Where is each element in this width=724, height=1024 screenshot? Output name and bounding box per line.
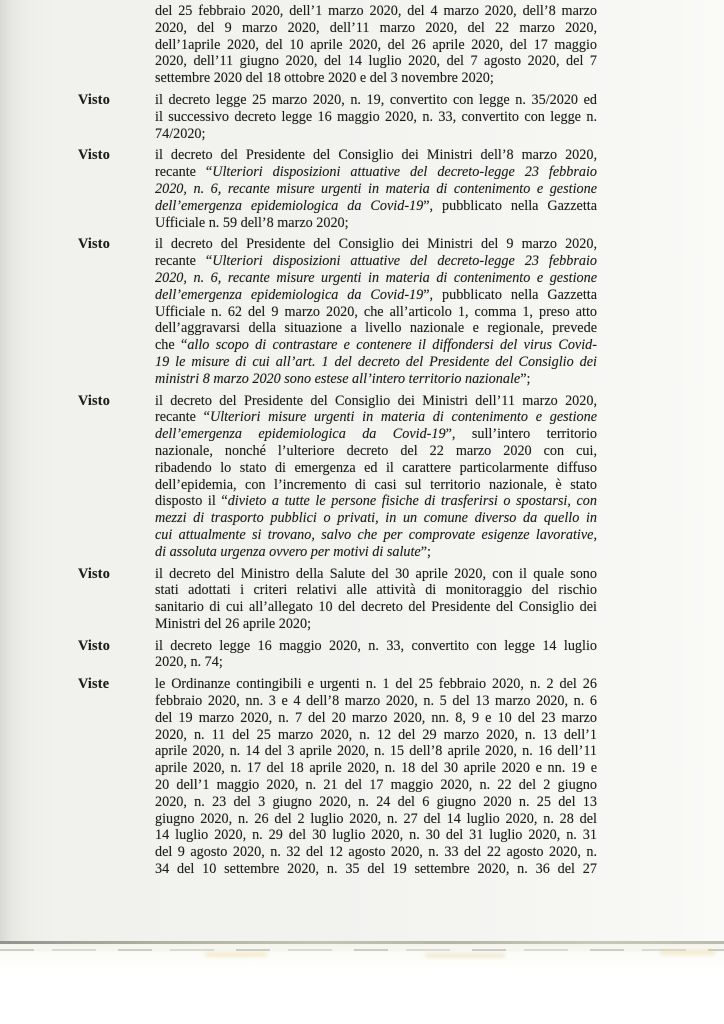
text-line: il decreto legge 16 maggio 2020, n. 33, …	[155, 638, 597, 655]
italic-text-run: allo scopo di contrastare e contenere il…	[187, 337, 597, 353]
text-line: il decreto del Presidente del Consiglio …	[155, 393, 597, 410]
text-line: 14 luglio 2020, n. 29 del 30 luglio 2020…	[155, 827, 597, 844]
text-run: le Ordinanze contingibili e urgenti n. 1…	[155, 676, 597, 692]
text-run: febbraio 2020, nn. 3 e 4 dell’8 marzo 20…	[155, 693, 597, 709]
visto-paragraph: Visto il decreto del Ministro della Salu…	[78, 566, 597, 633]
text-run: recante “	[155, 164, 212, 180]
text-run: Ufficiale n. 62 del 9 marzo 2020, che al…	[155, 304, 597, 320]
text-run: 20 dell’1 maggio 2020, n. 21 del 17 magg…	[155, 777, 597, 793]
text-line: cui attualmente si trovano, salvo che pe…	[155, 527, 597, 544]
text-run: settembre 2020 del 18 ottobre 2020 e del…	[155, 70, 494, 86]
text-line: 2020, n. 23 del 3 giugno 2020, n. 24 del…	[155, 794, 597, 811]
visto-label: Visto	[78, 393, 155, 561]
italic-text-run: dell’emergenza epidemiologica da Covid-1…	[155, 287, 423, 303]
scan-smudge	[205, 952, 267, 957]
text-line: aprile 2020, n. 14 del 3 aprile 2020, n.…	[155, 743, 597, 760]
text-run: che “	[155, 337, 187, 353]
text-line: 34 del 10 settembre 2020, n. 35 del 19 s…	[155, 861, 597, 878]
text-run: nazionale, nonché l’ulteriore decreto de…	[155, 443, 597, 459]
text-line: Ministri del 26 aprile 2020;	[155, 616, 597, 633]
text-run: ”, sull’intero territorio	[446, 426, 597, 442]
text-run: recante “	[155, 253, 212, 269]
text-line: che “allo scopo di contrastare e contene…	[155, 337, 597, 354]
text-line: 2020, n. 6, recante misure urgenti in ma…	[155, 181, 597, 198]
text-run: ”;	[421, 544, 431, 560]
text-run: del 19 marzo 2020, n. 7 del 20 marzo 202…	[155, 710, 597, 726]
text-run: il decreto del Presidente del Consiglio …	[155, 147, 597, 163]
text-line: disposto il “divieto a tutte le persone …	[155, 493, 597, 510]
text-line: 2020, n. 11 del 25 marzo 2020, n. 12 del…	[155, 727, 597, 744]
text-run: Ministri del 26 aprile 2020;	[155, 616, 311, 632]
text-run: 74/2020;	[155, 126, 205, 142]
text-line: le Ordinanze contingibili e urgenti n. 1…	[155, 676, 597, 693]
scan-smudge	[660, 950, 715, 955]
italic-text-run: 19 le misure di cui all’art. 1 del decre…	[155, 354, 597, 370]
italic-text-run: ministri 8 marzo 2020 sono estese all’in…	[155, 371, 520, 387]
text-line: 19 le misure di cui all’art. 1 del decre…	[155, 354, 597, 371]
text-run: disposto il “	[155, 493, 228, 509]
visto-label: Visto	[78, 236, 155, 387]
text-line: dell’emergenza epidemiologica da Covid-1…	[155, 287, 597, 304]
italic-text-run: dell’emergenza epidemiologica da Covid-1…	[155, 198, 423, 214]
text-run: del 9 agosto 2020, n. 32 del 12 agosto 2…	[155, 844, 597, 860]
text-run: ribadendo lo stato di emergenza ed il ca…	[155, 460, 597, 476]
text-line: dell’emergenza epidemiologica da Covid-1…	[155, 198, 597, 215]
text-run: recante “	[155, 409, 210, 425]
italic-text-run: 2020, n. 6, recante misure urgenti in ma…	[155, 270, 597, 286]
paragraph-text: le Ordinanze contingibili e urgenti n. 1…	[155, 676, 597, 878]
italic-text-run: mezzi di trasporto pubblici o privati, i…	[155, 510, 597, 526]
paragraph-text: il decreto del Presidente del Consiglio …	[155, 147, 597, 231]
text-run: giugno 2020, n. 26 del 2 luglio 2020, n.…	[155, 811, 597, 827]
text-run: 34 del 10 settembre 2020, n. 35 del 19 s…	[155, 861, 597, 877]
paragraph-text: il decreto legge 25 marzo 2020, n. 19, c…	[155, 92, 597, 142]
italic-text-run: Ulteriori misure urgenti in materia di c…	[210, 409, 597, 425]
text-line: 74/2020;	[155, 126, 597, 143]
text-line: il decreto del Presidente del Consiglio …	[155, 236, 597, 253]
paragraph-text: il decreto legge 16 maggio 2020, n. 33, …	[155, 638, 597, 672]
text-line: 20 dell’1 maggio 2020, n. 21 del 17 magg…	[155, 777, 597, 794]
text-run: dell’1aprile 2020, del 10 aprile 2020, d…	[155, 37, 597, 53]
italic-text-run: 2020, n. 6, recante misure urgenti in ma…	[155, 181, 597, 197]
text-line: 2020, del 9 marzo 2020, dell’11 marzo 20…	[155, 20, 597, 37]
text-line: recante “Ulteriori misure urgenti in mat…	[155, 409, 597, 426]
italic-text-run: cui attualmente si trovano, salvo che pe…	[155, 527, 597, 543]
text-line: il decreto del Presidente del Consiglio …	[155, 147, 597, 164]
text-line: ministri 8 marzo 2020 sono estese all’in…	[155, 371, 597, 388]
text-line: recante “Ulteriori disposizioni attuativ…	[155, 253, 597, 270]
visto-label: Visto	[78, 566, 155, 633]
text-line: stati adottati i criteri relativi alle a…	[155, 582, 597, 599]
text-line: il successivo decreto legge 16 maggio 20…	[155, 109, 597, 126]
text-run: stati adottati i criteri relativi alle a…	[155, 582, 597, 598]
text-line: dell’1aprile 2020, del 10 aprile 2020, d…	[155, 37, 597, 54]
visto-label: Viste	[78, 676, 155, 878]
text-run: ”, pubblicato nella Gazzetta	[423, 287, 597, 303]
paragraph-text: il decreto del Presidente del Consiglio …	[155, 236, 597, 387]
text-line: sanitario di cui all’allegato 10 del dec…	[155, 599, 597, 616]
visto-label: Visto	[78, 92, 155, 142]
italic-text-run: divieto a tutte le persone fisiche di tr…	[228, 493, 597, 509]
scanner-background	[0, 944, 724, 1024]
text-run: 2020, dell’11 giugno 2020, del 14 luglio…	[155, 53, 597, 69]
scan-smudge	[425, 953, 505, 958]
text-run: il decreto del Presidente del Consiglio …	[155, 393, 597, 409]
text-run: il decreto legge 16 maggio 2020, n. 33, …	[155, 638, 597, 654]
text-run: ”;	[520, 371, 530, 387]
text-line: giugno 2020, n. 26 del 2 luglio 2020, n.…	[155, 811, 597, 828]
text-run: aprile 2020, n. 17 del 18 aprile 2020, n…	[155, 760, 597, 776]
text-run: 2020, n. 23 del 3 giugno 2020, n. 24 del…	[155, 794, 597, 810]
text-line: dell’epidemia, con l’incremento di casi …	[155, 477, 597, 494]
visto-paragraph: del 25 febbraio 2020, dell’1 marzo 2020,…	[78, 3, 597, 87]
text-line: 2020, n. 74;	[155, 654, 597, 671]
text-line: nazionale, nonché l’ulteriore decreto de…	[155, 443, 597, 460]
text-line: il decreto legge 25 marzo 2020, n. 19, c…	[155, 92, 597, 109]
text-run: dell’epidemia, con l’incremento di casi …	[155, 477, 597, 493]
paragraph-text: del 25 febbraio 2020, dell’1 marzo 2020,…	[155, 3, 597, 87]
visto-label: Visto	[78, 638, 155, 672]
text-line: del 9 agosto 2020, n. 32 del 12 agosto 2…	[155, 844, 597, 861]
visto-paragraph: Visto il decreto del Presidente del Cons…	[78, 147, 597, 231]
text-run: del 25 febbraio 2020, dell’1 marzo 2020,…	[155, 3, 597, 19]
document-body: del 25 febbraio 2020, dell’1 marzo 2020,…	[78, 3, 597, 883]
italic-text-run: Ulteriori disposizioni attuative del dec…	[212, 164, 597, 180]
text-line: febbraio 2020, nn. 3 e 4 dell’8 marzo 20…	[155, 693, 597, 710]
text-line: dell’aggravarsi della situazione a livel…	[155, 320, 597, 337]
text-run: il decreto del Ministro della Salute del…	[155, 566, 597, 582]
text-run: 2020, n. 11 del 25 marzo 2020, n. 12 del…	[155, 727, 597, 743]
italic-text-run: Ulteriori disposizioni attuative del dec…	[212, 253, 597, 269]
text-line: dell’emergenza epidemiologica da Covid-1…	[155, 426, 597, 443]
paragraph-text: il decreto del Ministro della Salute del…	[155, 566, 597, 633]
text-line: 2020, n. 6, recante misure urgenti in ma…	[155, 270, 597, 287]
text-run: 2020, n. 74;	[155, 654, 223, 670]
text-run: sanitario di cui all’allegato 10 del dec…	[155, 599, 597, 615]
text-run: aprile 2020, n. 14 del 3 aprile 2020, n.…	[155, 743, 597, 759]
visto-paragraph: Viste le Ordinanze contingibili e urgent…	[78, 676, 597, 878]
text-line: il decreto del Ministro della Salute del…	[155, 566, 597, 583]
text-line: recante “Ulteriori disposizioni attuativ…	[155, 164, 597, 181]
text-run: dell’aggravarsi della situazione a livel…	[155, 320, 597, 336]
text-run: 14 luglio 2020, n. 29 del 30 luglio 2020…	[155, 827, 597, 843]
text-run: il successivo decreto legge 16 maggio 20…	[155, 109, 597, 125]
text-line: del 19 marzo 2020, n. 7 del 20 marzo 202…	[155, 710, 597, 727]
visto-paragraph: Visto il decreto legge 25 marzo 2020, n.…	[78, 92, 597, 142]
text-line: aprile 2020, n. 17 del 18 aprile 2020, n…	[155, 760, 597, 777]
text-line: 2020, dell’11 giugno 2020, del 14 luglio…	[155, 53, 597, 70]
text-line: del 25 febbraio 2020, dell’1 marzo 2020,…	[155, 3, 597, 20]
text-line: settembre 2020 del 18 ottobre 2020 e del…	[155, 70, 597, 87]
text-run: 2020, del 9 marzo 2020, dell’11 marzo 20…	[155, 20, 597, 36]
paragraph-text: il decreto del Presidente del Consiglio …	[155, 393, 597, 561]
text-line: ribadendo lo stato di emergenza ed il ca…	[155, 460, 597, 477]
text-run: Ufficiale n. 59 dell’8 marzo 2020;	[155, 215, 349, 231]
text-run: il decreto del Presidente del Consiglio …	[155, 236, 597, 252]
text-run: ”, pubblicato nella Gazzetta	[423, 198, 597, 214]
italic-text-run: dell’emergenza epidemiologica da Covid-1…	[155, 426, 446, 442]
text-run: il decreto legge 25 marzo 2020, n. 19, c…	[155, 92, 597, 108]
italic-text-run: di assoluta urgenza ovvero per motivi di…	[155, 544, 421, 560]
scan-dash-artifact	[0, 949, 724, 951]
text-line: mezzi di trasporto pubblici o privati, i…	[155, 510, 597, 527]
scanned-document-page: del 25 febbraio 2020, dell’1 marzo 2020,…	[0, 0, 724, 1024]
text-line: Ufficiale n. 62 del 9 marzo 2020, che al…	[155, 304, 597, 321]
text-line: Ufficiale n. 59 dell’8 marzo 2020;	[155, 215, 597, 232]
visto-label	[78, 3, 155, 87]
visto-paragraph: Visto il decreto legge 16 maggio 2020, n…	[78, 638, 597, 672]
text-line: di assoluta urgenza ovvero per motivi di…	[155, 544, 597, 561]
visto-paragraph: Visto il decreto del Presidente del Cons…	[78, 236, 597, 387]
visto-paragraph: Visto il decreto del Presidente del Cons…	[78, 393, 597, 561]
visto-label: Visto	[78, 147, 155, 231]
